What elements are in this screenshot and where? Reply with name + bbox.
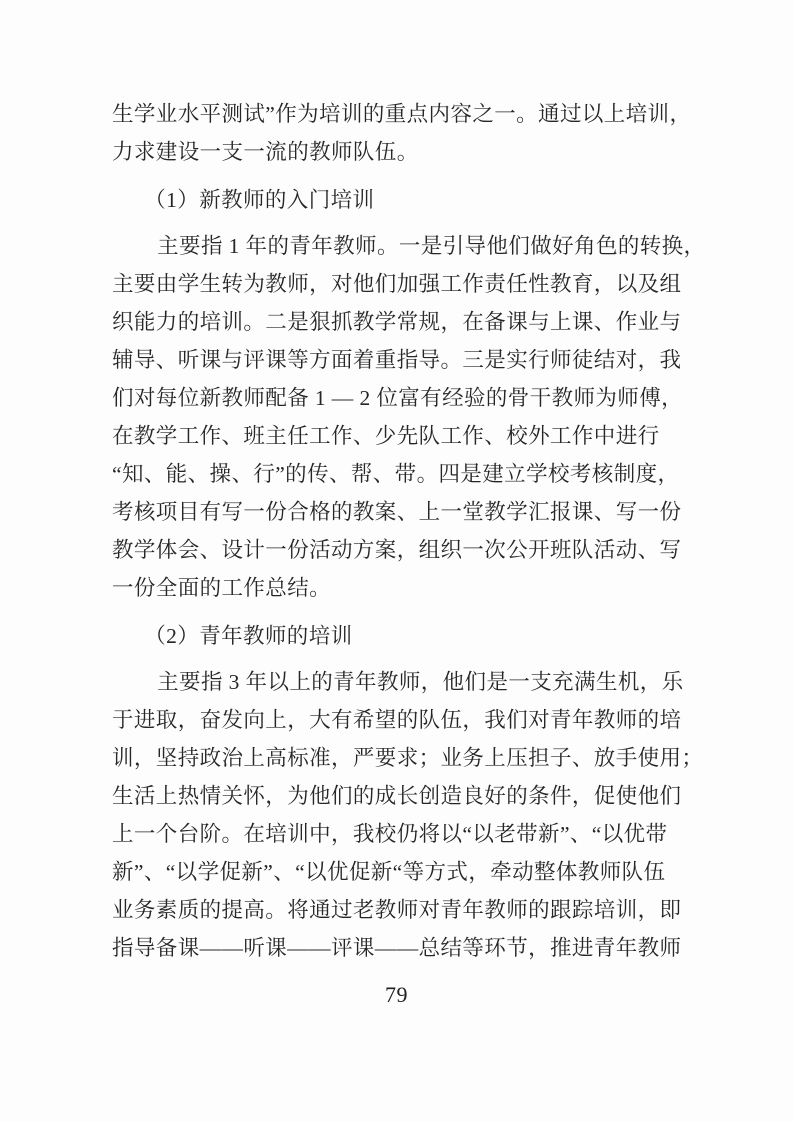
text-line: 上一个台阶。在培训中，我校仍将以“以老带新”、“以优带 <box>112 815 684 853</box>
text-line: 辅导、听课与评课等方面着重指导。三是实行师徒结对，我 <box>112 341 684 379</box>
heading-text-line: （2）青年教师的培训 <box>112 617 684 655</box>
text-line: 们对每位新教师配备 1 — 2 位富有经验的骨干教师为师傅， <box>112 379 684 417</box>
text-line: 在教学工作、班主任工作、少先队工作、校外工作中进行 <box>112 417 684 455</box>
paragraph-continued: 生学业水平测试”作为培训的重点内容之一。通过以上培训，力求建设一支一流的教师队伍… <box>112 95 684 171</box>
section-heading-2: （2）青年教师的培训 <box>112 617 684 655</box>
text-line: 考核项目有写一份合格的教案、上一堂教学汇报课、写一份 <box>112 493 684 531</box>
text-line: 新”、“以学促新”、“以优促新“等方式，牵动整体教师队伍 <box>112 853 684 891</box>
text-line: 业务素质的提高。将通过老教师对青年教师的跟踪培训，即 <box>112 891 684 929</box>
text-line: 主要由学生转为教师，对他们加强工作责任性教育，以及组 <box>112 265 684 303</box>
text-line: 织能力的培训。二是狠抓教学常规，在备课与上课、作业与 <box>112 303 684 341</box>
heading-text-line: （1）新教师的入门培训 <box>112 181 684 219</box>
document-content: 生学业水平测试”作为培训的重点内容之一。通过以上培训，力求建设一支一流的教师队伍… <box>112 95 684 967</box>
text-line: 主要指 3 年以上的青年教师，他们是一支充满生机，乐 <box>112 663 684 701</box>
text-line: 于进取，奋发向上，大有希望的队伍，我们对青年教师的培 <box>112 701 684 739</box>
text-line: 生学业水平测试”作为培训的重点内容之一。通过以上培训， <box>112 95 684 133</box>
text-line: 力求建设一支一流的教师队伍。 <box>112 133 684 171</box>
document-page: 生学业水平测试”作为培训的重点内容之一。通过以上培训，力求建设一支一流的教师队伍… <box>0 0 793 1122</box>
text-line: “知、能、操、行”的传、帮、带。四是建立学校考核制度， <box>112 455 684 493</box>
text-line: 一份全面的工作总结。 <box>112 569 684 607</box>
text-line: 指导备课——听课——评课——总结等环节，推进青年教师 <box>112 929 684 967</box>
text-line: 训，坚持政治上高标准，严要求；业务上压担子、放手使用； <box>112 739 684 777</box>
section-heading-1: （1）新教师的入门培训 <box>112 181 684 219</box>
text-line: 生活上热情关怀，为他们的成长创造良好的条件，促使他们 <box>112 777 684 815</box>
text-line: 主要指 1 年的青年教师。一是引导他们做好角色的转换， <box>112 227 684 265</box>
paragraph-young-teacher-training: 主要指 3 年以上的青年教师，他们是一支充满生机，乐于进取，奋发向上，大有希望的… <box>112 663 684 967</box>
page-number: 79 <box>0 983 793 1007</box>
paragraph-new-teacher-training: 主要指 1 年的青年教师。一是引导他们做好角色的转换，主要由学生转为教师，对他们… <box>112 227 684 607</box>
text-line: 教学体会、设计一份活动方案，组织一次公开班队活动、写 <box>112 531 684 569</box>
